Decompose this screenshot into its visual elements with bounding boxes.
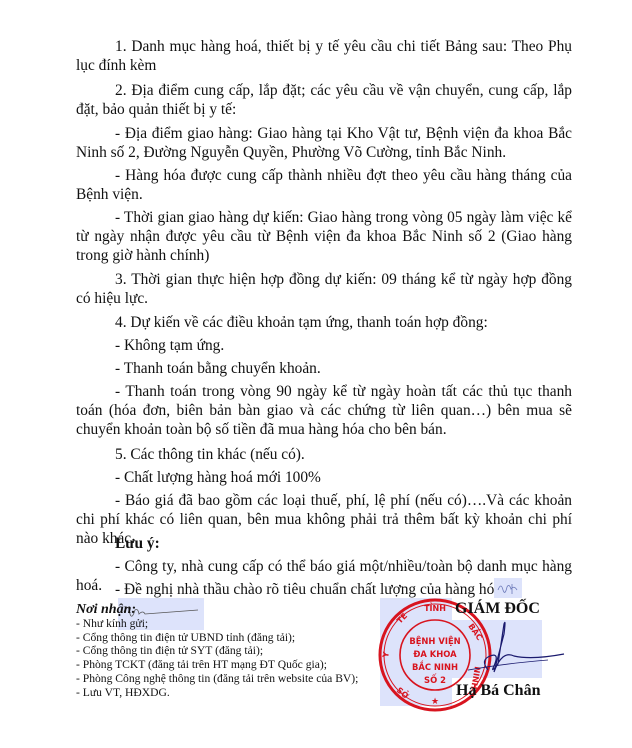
svg-text:ĐA KHOA: ĐA KHOA: [413, 649, 457, 659]
delivery-time: - Thời gian giao hàng dự kiến: Giao hàng…: [76, 208, 572, 265]
quality-new: - Chất lượng hàng hoá mới 100%: [76, 468, 572, 487]
initial-signature-box: [494, 578, 522, 598]
svg-text:BẮC NINH: BẮC NINH: [412, 660, 458, 672]
note-heading: Lưu ý:: [76, 534, 572, 553]
svg-text:TỈNH: TỈNH: [424, 602, 446, 613]
svg-text:BỆNH VIỆN: BỆNH VIỆN: [409, 636, 460, 646]
svg-text:Y: Y: [381, 651, 391, 659]
document-page: 1. Danh mục hàng hoá, thiết bị y tế yêu …: [0, 0, 632, 748]
delivery-address: - Địa điểm giao hàng: Giao hàng tại Kho …: [76, 124, 572, 162]
bank-transfer: - Thanh toán bằng chuyển khoản.: [76, 359, 572, 378]
item-5-other-info: 5. Các thông tin khác (nếu có).: [76, 445, 572, 464]
payment-period: - Thanh toán trong vòng 90 ngày kể từ ng…: [76, 382, 572, 439]
no-advance: - Không tạm ứng.: [76, 336, 572, 355]
svg-text:SỐ 2: SỐ 2: [424, 673, 446, 685]
initial-signature-icon: [494, 578, 522, 598]
recipient-item: - Cổng thông tin điện tử SYT (đăng tải);: [76, 644, 358, 658]
handwritten-signature-icon: [468, 620, 568, 680]
item-2-delivery-location: 2. Địa điểm cung cấp, lắp đặt; các yêu c…: [76, 81, 572, 119]
recipients-title: Nơi nhận:: [76, 602, 136, 618]
item-3-contract-duration: 3. Thời gian thực hiện hợp đồng dự kiến:…: [76, 270, 572, 308]
recipient-item: - Cổng thông tin điện tử UBND tỉnh (đăng…: [76, 631, 358, 645]
recipient-item: - Như kính gửi;: [76, 617, 358, 631]
recipient-item: - Phòng Công nghệ thông tin (đăng tải tr…: [76, 672, 358, 686]
delivery-batches: - Hàng hóa được cung cấp thành nhiều đợt…: [76, 166, 572, 204]
recipient-item: - Lưu VT, HĐXDG.: [76, 686, 358, 700]
svg-text:SỞ: SỞ: [395, 683, 412, 700]
recipients-list: - Như kính gửi; - Cổng thông tin điện tử…: [76, 617, 358, 699]
recipient-item: - Phòng TCKT (đăng tải trên HT mạng ĐT Q…: [76, 658, 358, 672]
item-1-goods-list: 1. Danh mục hàng hoá, thiết bị y tế yêu …: [76, 37, 572, 75]
signer-name: Hạ Bá Chân: [456, 682, 540, 700]
signer-position: GIÁM ĐỐC: [455, 600, 540, 618]
svg-text:★: ★: [431, 697, 439, 707]
item-4-payment-terms: 4. Dự kiến về các điều khoản tạm ứng, th…: [76, 313, 572, 332]
